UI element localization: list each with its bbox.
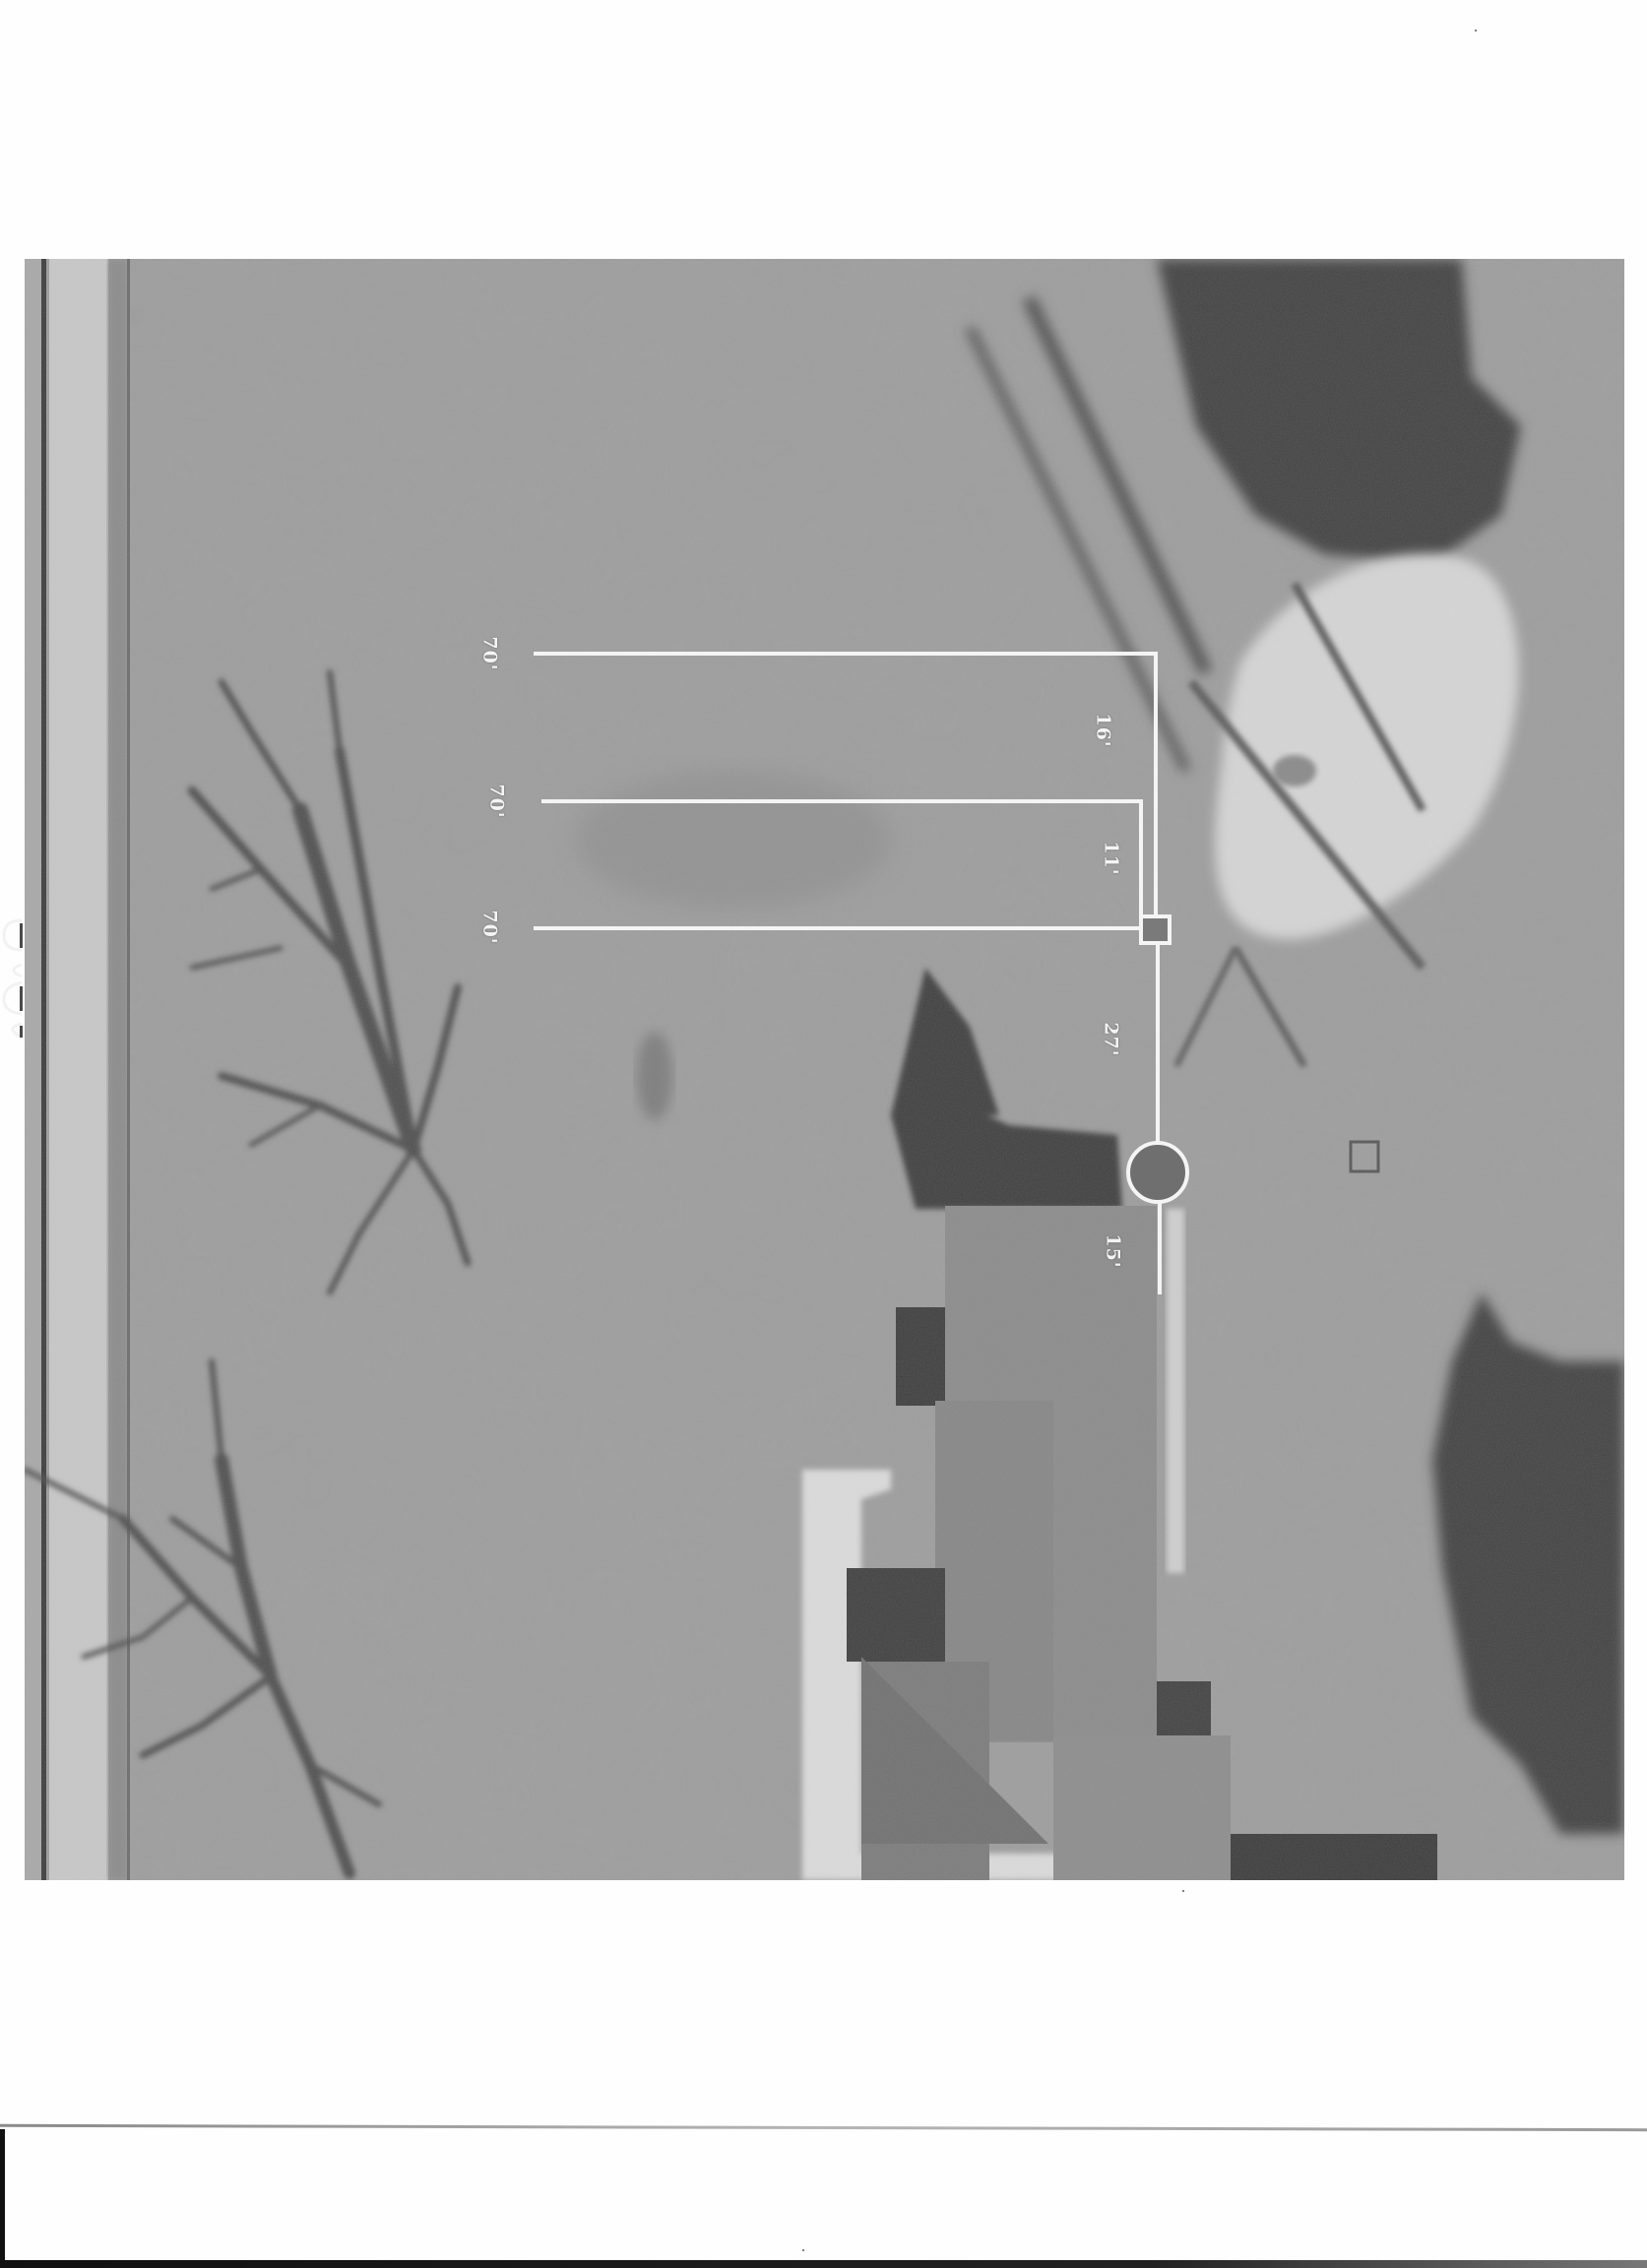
spacing-1-label: 16' [1093,713,1114,747]
scan-speck [802,2249,804,2251]
house-to-tank-label: 15' [1103,1233,1124,1268]
scan-edge-bottom [0,2260,1647,2268]
paper-fold-line [0,2124,1647,2131]
road-label-glyphs [0,915,24,1063]
scan-speck [1182,1890,1184,1892]
lateral-1-length-label: 70' [479,636,501,670]
spacing-2-label: 11' [1101,841,1122,875]
scan-speck [1475,30,1477,31]
scanned-page: 70' 70' 70' 16' 11' 27' 15' [0,0,1647,2268]
distribution-box [1141,916,1170,943]
tank-to-box-label: 27' [1101,1022,1122,1056]
aerial-photo: 70' 70' 70' 16' 11' 27' 15' [25,259,1624,1880]
lateral-3-length-label: 70' [479,910,501,944]
septic-tank-circle [1128,1143,1187,1202]
aerial-photo-canvas [25,259,1624,1880]
road-label-truncated [0,915,24,1063]
scan-edge-left [0,2129,5,2268]
lateral-2-length-label: 70' [486,784,508,818]
